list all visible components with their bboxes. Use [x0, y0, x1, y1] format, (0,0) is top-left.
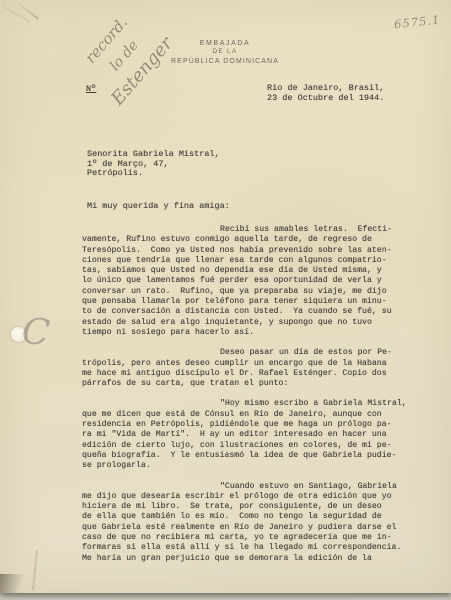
- salutation: Mi muy querida y fina amiga:: [87, 201, 230, 211]
- letter-body: Recibí sus amables letras. Efecti- vamen…: [82, 225, 416, 564]
- body-paragraph-3: "Hoy mismo escribo a Gabriela Mistral, q…: [82, 399, 416, 471]
- embassy-letterhead: EMBAJADA DE LA REPÚBLICA DOMINICANA: [140, 39, 310, 66]
- recipient-address: Senorita Gabriela Mistral, 1º de Março, …: [87, 150, 220, 179]
- reference-number-label: Nº: [86, 84, 96, 94]
- scanned-letter-page: record. lo de Estenger 6575.1 EMBAJADA D…: [0, 0, 451, 600]
- margin-letter-annotation: C: [20, 311, 52, 355]
- letter-paper: record. lo de Estenger 6575.1 EMBAJADA D…: [0, 0, 451, 593]
- archive-number-annotation: 6575.1: [393, 13, 440, 32]
- body-paragraph-2: Deseo pasar un día de estos por Pe- tróp…: [82, 348, 416, 389]
- body-paragraph-1: Recibí sus amables letras. Efecti- vamen…: [82, 225, 416, 338]
- dateline: Río de Janeiro, Brasil, 23 de Octubre de…: [267, 84, 384, 104]
- letterhead-line-3: REPÚBLICA DOMINICANA: [140, 57, 310, 66]
- letterhead-line-1: EMBAJADA: [140, 39, 310, 48]
- letterhead-line-2: DE LA: [140, 48, 310, 57]
- pencil-handwritten-note: record. lo de Estenger: [55, 0, 216, 147]
- body-paragraph-4: "Cuando estuvo en Santiago, Gabriela me …: [82, 482, 416, 564]
- paper-crease-bottom-left: [32, 550, 38, 590]
- paper-corner-shadow: [0, 574, 30, 593]
